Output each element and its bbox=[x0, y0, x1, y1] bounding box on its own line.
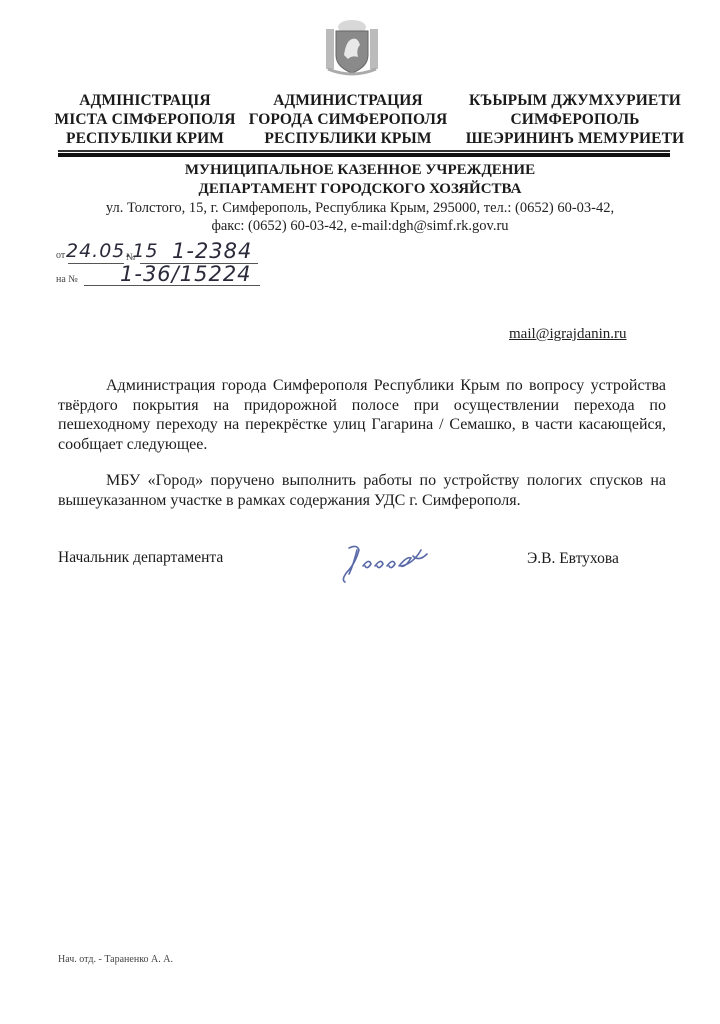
handwritten-reply-number: 1-36/15224 bbox=[120, 262, 252, 286]
reply-label: на № bbox=[56, 274, 78, 285]
header-line: АДМИНИСТРАЦИЯ bbox=[248, 91, 448, 110]
body-paragraph-2: МБУ «Город» поручено выполнить работы по… bbox=[58, 471, 666, 510]
handwritten-number: 1-2384 bbox=[172, 239, 252, 263]
date-underline bbox=[68, 263, 124, 264]
header-line: СИМФЕРОПОЛЬ bbox=[460, 110, 690, 129]
department-line-1: МУНИЦИПАЛЬНОЕ КАЗЕННОЕ УЧРЕЖДЕНИЕ bbox=[0, 161, 720, 180]
coat-of-arms-icon bbox=[320, 15, 384, 77]
header-line: ШЕЭРИНИНЪ МЕМУРИЕТИ bbox=[460, 129, 690, 148]
separator-thin bbox=[58, 150, 670, 152]
separator-thick bbox=[58, 153, 670, 157]
from-label: от bbox=[56, 250, 65, 261]
header-ukrainian: АДМІНІСТРАЦІЯ МІСТА СІМФЕРОПОЛЯ РЕСПУБЛІ… bbox=[45, 91, 245, 148]
signatory-title: Начальник департамента bbox=[58, 549, 223, 567]
header-line: РЕСПУБЛІКИ КРИМ bbox=[45, 129, 245, 148]
header-line: АДМІНІСТРАЦІЯ bbox=[45, 91, 245, 110]
department-line-2: ДЕПАРТАМЕНТ ГОРОДСКОГО ХОЗЯЙСТВА bbox=[0, 180, 720, 199]
header-crimean-tatar: КЪЫРЫМ ДЖУМХУРИЕТИ СИМФЕРОПОЛЬ ШЕЭРИНИНЪ… bbox=[460, 91, 690, 148]
header-russian: АДМИНИСТРАЦИЯ ГОРОДА СИМФЕРОПОЛЯ РЕСПУБЛ… bbox=[248, 91, 448, 148]
paragraph-text: Администрация города Симферополя Республ… bbox=[58, 376, 666, 454]
header-line: ГОРОДА СИМФЕРОПОЛЯ bbox=[248, 110, 448, 129]
signatory-name: Э.В. Евтухова bbox=[527, 550, 619, 568]
handwritten-signature-icon bbox=[335, 538, 455, 586]
executor-note: Нач. отд. - Тараненко А. А. bbox=[58, 954, 173, 965]
department-name: МУНИЦИПАЛЬНОЕ КАЗЕННОЕ УЧРЕЖДЕНИЕ ДЕПАРТ… bbox=[0, 161, 720, 199]
recipient-email[interactable]: mail@igrajdanin.ru bbox=[509, 326, 627, 343]
body-paragraph-1: Администрация города Симферополя Республ… bbox=[58, 376, 666, 454]
header-line: РЕСПУБЛИКИ КРЫМ bbox=[248, 129, 448, 148]
handwritten-date: 24.05.15 bbox=[66, 240, 159, 262]
address-line-1: ул. Толстого, 15, г. Симферополь, Респуб… bbox=[0, 199, 720, 217]
reference-outgoing: от bbox=[56, 250, 65, 261]
header-line: МІСТА СІМФЕРОПОЛЯ bbox=[45, 110, 245, 129]
address-line-2: факс: (0652) 60-03-42, e-mail:dgh@simf.r… bbox=[0, 217, 720, 235]
department-address: ул. Толстого, 15, г. Симферополь, Респуб… bbox=[0, 199, 720, 235]
header-line: КЪЫРЫМ ДЖУМХУРИЕТИ bbox=[460, 91, 690, 110]
paragraph-text: МБУ «Город» поручено выполнить работы по… bbox=[58, 471, 666, 510]
